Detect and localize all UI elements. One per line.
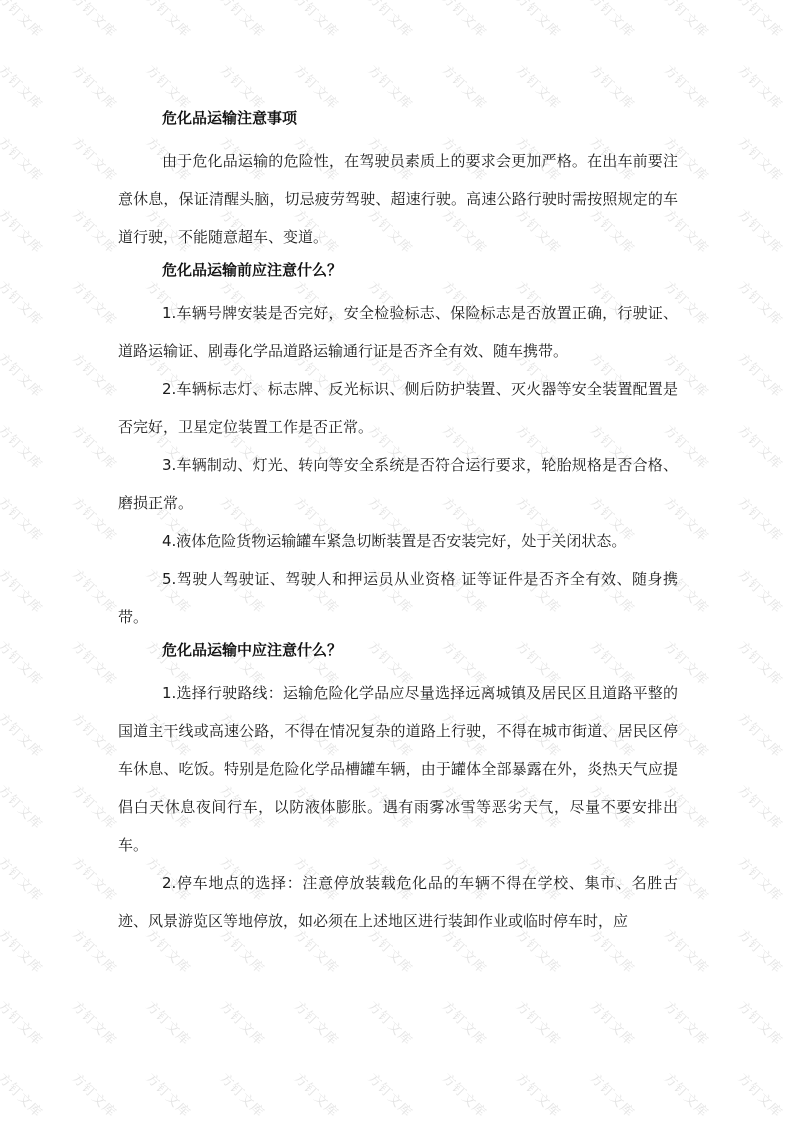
watermark-text: 方钉文库: [69, 564, 122, 617]
watermark-text: 方钉文库: [735, 924, 788, 977]
watermark-text: 方钉文库: [735, 492, 788, 545]
watermark-text: 方钉文库: [0, 708, 48, 761]
section-3: 危化品运输中应注意什么？ 1.选择行驶路线：运输危险化学品应尽量选择远离城镇及居…: [118, 636, 678, 940]
watermark-text: 方钉文库: [69, 204, 122, 257]
watermark-text: 方钉文库: [69, 420, 122, 473]
watermark-text: 方钉文库: [735, 564, 788, 617]
watermark-text: 方钉文库: [735, 852, 788, 905]
watermark-text: 方钉文库: [69, 852, 122, 905]
list-item-paragraph: 1.选择行驶路线：运输危险化学品应尽量选择远离城镇及居民区且道路平整的国道主干线…: [118, 674, 678, 864]
watermark-text: 方钉文库: [0, 132, 48, 185]
list-item-paragraph: 1.车辆号牌安装是否完好，安全检验标志、保险标志是否放置正确，行驶证、道路运输证…: [118, 294, 678, 370]
watermark-text: 方钉文库: [0, 852, 48, 905]
watermark-text: 方钉文库: [735, 348, 788, 401]
section-heading: 危化品运输中应注意什么？: [118, 636, 678, 674]
watermark-text: 方钉文库: [69, 924, 122, 977]
watermark-text: 方钉文库: [735, 996, 788, 1049]
section-heading: 危化品运输注意事项: [118, 104, 678, 142]
watermark-text: 方钉文库: [735, 276, 788, 329]
watermark-text: 方钉文库: [735, 0, 788, 41]
section-1: 危化品运输注意事项 由于危化品运输的危险性，在驾驶员素质上的要求会更加严格。在出…: [118, 104, 678, 256]
watermark-text: 方钉文库: [513, 0, 566, 41]
list-item-paragraph: 5.驾驶人驾驶证、驾驶人和押运员从业资格 证等证件是否齐全有效、随身携带。: [118, 560, 678, 636]
section-heading: 危化品运输前应注意什么？: [118, 256, 678, 294]
watermark-text: 方钉文库: [365, 1068, 418, 1121]
watermark-text: 方钉文库: [0, 60, 48, 113]
watermark-text: 方钉文库: [661, 1068, 714, 1121]
watermark-text: 方钉文库: [587, 1068, 640, 1121]
watermark-text: 方钉文库: [513, 1068, 566, 1121]
watermark-text: 方钉文库: [0, 0, 48, 41]
watermark-text: 方钉文库: [69, 780, 122, 833]
watermark-text: 方钉文库: [0, 492, 48, 545]
watermark-text: 方钉文库: [0, 996, 48, 1049]
watermark-text: 方钉文库: [587, 0, 640, 41]
paragraph: 由于危化品运输的危险性，在驾驶员素质上的要求会更加严格。在出车前要注意休息，保证…: [118, 142, 678, 256]
watermark-text: 方钉文库: [143, 1068, 196, 1121]
watermark-text: 方钉文库: [217, 0, 270, 41]
watermark-text: 方钉文库: [735, 420, 788, 473]
watermark-text: 方钉文库: [143, 996, 196, 1049]
watermark-text: 方钉文库: [69, 132, 122, 185]
watermark-text: 方钉文库: [439, 1068, 492, 1121]
watermark-text: 方钉文库: [365, 0, 418, 41]
watermark-text: 方钉文库: [735, 636, 788, 689]
watermark-text: 方钉文库: [0, 204, 48, 257]
watermark-text: 方钉文库: [69, 0, 122, 41]
watermark-text: 方钉文库: [0, 636, 48, 689]
watermark-text: 方钉文库: [291, 996, 344, 1049]
watermark-text: 方钉文库: [735, 60, 788, 113]
watermark-text: 方钉文库: [0, 276, 48, 329]
watermark-text: 方钉文库: [291, 0, 344, 41]
watermark-text: 方钉文库: [217, 996, 270, 1049]
watermark-text: 方钉文库: [0, 780, 48, 833]
watermark-text: 方钉文库: [69, 636, 122, 689]
watermark-text: 方钉文库: [735, 132, 788, 185]
list-item-paragraph: 2.车辆标志灯、标志牌、反光标识、侧后防护装置、灭火器等安全装置配置是否完好，卫…: [118, 370, 678, 446]
watermark-text: 方钉文库: [661, 996, 714, 1049]
watermark-text: 方钉文库: [69, 996, 122, 1049]
watermark-text: 方钉文库: [735, 780, 788, 833]
section-2: 危化品运输前应注意什么？ 1.车辆号牌安装是否完好，安全检验标志、保险标志是否放…: [118, 256, 678, 636]
watermark-text: 方钉文库: [69, 276, 122, 329]
watermark-text: 方钉文库: [69, 60, 122, 113]
list-item-paragraph: 3.车辆制动、灯光、转向等安全系统是否符合运行要求，轮胎规格是否合格、磨损正常。: [118, 446, 678, 522]
list-item-paragraph: 2.停车地点的选择：注意停放装载危化品的车辆不得在学校、集市、名胜古迹、风景游览…: [118, 864, 678, 940]
watermark-text: 方钉文库: [0, 1068, 48, 1121]
watermark-text: 方钉文库: [661, 0, 714, 41]
watermark-text: 方钉文库: [513, 996, 566, 1049]
watermark-text: 方钉文库: [217, 1068, 270, 1121]
watermark-text: 方钉文库: [69, 492, 122, 545]
watermark-text: 方钉文库: [69, 708, 122, 761]
watermark-text: 方钉文库: [439, 0, 492, 41]
watermark-text: 方钉文库: [439, 996, 492, 1049]
watermark-text: 方钉文库: [0, 420, 48, 473]
watermark-text: 方钉文库: [365, 996, 418, 1049]
watermark-text: 方钉文库: [735, 1068, 788, 1121]
watermark-text: 方钉文库: [587, 996, 640, 1049]
watermark-text: 方钉文库: [69, 348, 122, 401]
watermark-text: 方钉文库: [0, 348, 48, 401]
watermark-text: 方钉文库: [291, 1068, 344, 1121]
watermark-text: 方钉文库: [0, 924, 48, 977]
watermark-text: 方钉文库: [735, 708, 788, 761]
watermark-text: 方钉文库: [735, 204, 788, 257]
watermark-text: 方钉文库: [69, 1068, 122, 1121]
document-body: 危化品运输注意事项 由于危化品运输的危险性，在驾驶员素质上的要求会更加严格。在出…: [118, 104, 678, 940]
list-item-paragraph: 4.液体危险货物运输罐车紧急切断装置是否安装完好，处于关闭状态。: [118, 522, 678, 560]
watermark-text: 方钉文库: [0, 564, 48, 617]
watermark-text: 方钉文库: [143, 0, 196, 41]
